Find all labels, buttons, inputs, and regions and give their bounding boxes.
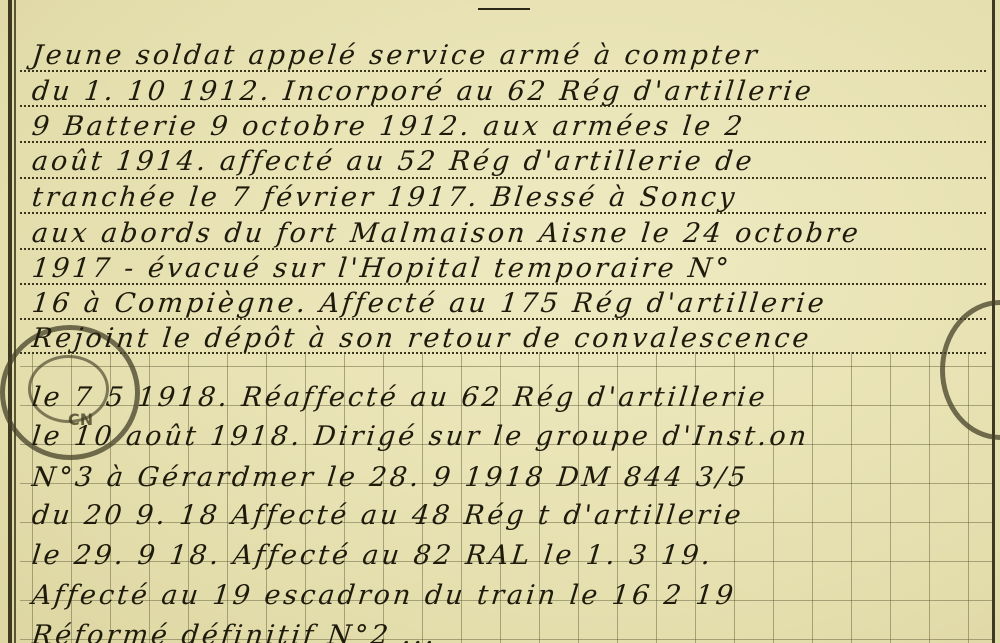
- text-line: 16 à Compiègne. Affecté au 175 Rég d'art…: [30, 288, 828, 319]
- document-page: CN Jeune soldat appelé service armé à co…: [0, 0, 1000, 643]
- text-line: le 29. 9 18. Affecté au 82 RAL le 1. 3 1…: [30, 540, 714, 571]
- text-line: le 7 5 1918. Réaffecté au 62 Rég d'artil…: [30, 382, 769, 413]
- text-line: du 20 9. 18 Affecté au 48 Rég t d'artill…: [30, 500, 745, 531]
- text-line: 1917 - évacué sur l'Hopital temporaire N…: [30, 253, 733, 284]
- text-line: 9 Batterie 9 octobre 1912. aux armées le…: [30, 111, 746, 142]
- ruled-line: [20, 177, 986, 179]
- text-line: Jeune soldat appelé service armé à compt…: [30, 40, 761, 71]
- text-line: août 1914. affecté au 52 Rég d'artilleri…: [30, 146, 756, 177]
- text-line: le 10 août 1918. Dirigé sur le groupe d'…: [30, 421, 810, 452]
- text-line: Affecté au 19 escadron du train le 16 2 …: [30, 580, 737, 611]
- page-border-left: [8, 0, 12, 643]
- text-line: N°3 à Gérardmer le 28. 9 1918 DM 844 3/5: [30, 462, 750, 493]
- text-line: aux abords du fort Malmaison Aisne le 24…: [30, 218, 862, 249]
- text-line: Réformé définitif N°2 ...: [30, 620, 439, 643]
- text-line: du 1. 10 1912. Incorporé au 62 Rég d'art…: [30, 76, 815, 107]
- page-border-left-inner: [14, 0, 16, 643]
- text-line: tranchée le 7 février 1917. Blessé à Son…: [30, 182, 739, 213]
- header-dash: [478, 8, 530, 10]
- text-line: Rejoint le dépôt à son retour de convale…: [30, 323, 813, 354]
